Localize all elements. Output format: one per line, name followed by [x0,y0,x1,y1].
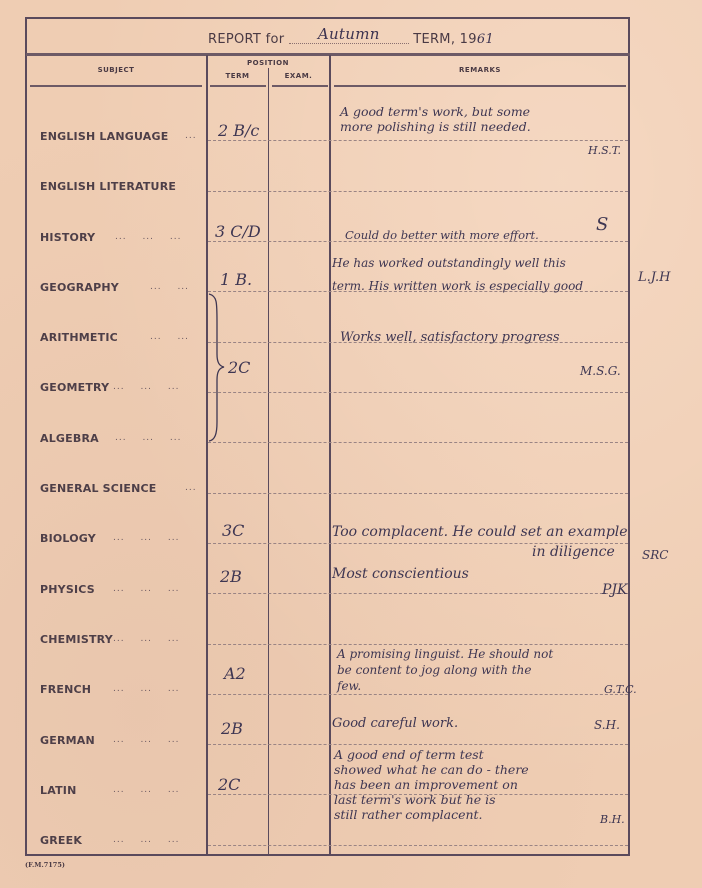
leader-dots: ... ... ... [113,684,179,694]
signature-french: G.T.C. [604,683,637,696]
term-name-handwritten: Autumn [289,25,409,44]
column-divider-term [268,68,269,856]
leader-dots: ... ... [150,282,189,292]
title-divider [26,53,630,56]
leader-dots: ... ... ... [115,232,181,242]
position-english-language: 2 B/c [218,121,259,140]
subject-german: GERMAN [40,734,95,747]
remark-physics: Most conscientious [332,567,469,582]
subject-algebra: ALGEBRA [40,432,99,445]
signature-mathematics: M.S.G. [580,364,621,378]
leader-dots: ... ... ... [113,584,179,594]
signature-english-language: H.S.T. [588,144,621,157]
leader-dots: ... [185,483,197,493]
subject-geography: GEOGRAPHY [40,281,119,294]
position-history: 3 C/D [215,222,261,241]
position-french: A2 [224,664,246,683]
position-mathematics-group: 2C [228,358,250,377]
subject-english-literature: ENGLISH LITERATURE [40,180,176,193]
title-suffix: TERM, 19 [413,32,477,47]
position-latin: 2C [218,775,240,794]
form-code: (F.M.7175) [25,861,65,869]
subject-latin: LATIN [40,784,76,797]
report-card: REPORT for Autumn TERM, 1961 SUBJECT POS… [0,0,702,888]
remark-german: Good careful work. [332,716,458,731]
leader-dots: ... ... ... [113,785,179,795]
column-header-exam: EXAM. [268,72,329,80]
leader-dots: ... ... ... [115,433,181,443]
header-divider-term [210,85,266,87]
leader-dots: ... ... ... [113,735,179,745]
title-prefix: REPORT for [208,32,284,47]
subject-history: HISTORY [40,231,95,244]
report-title: REPORT for Autumn TERM, 1961 [0,29,702,48]
remark-english-language: A good term's work, but some more polish… [340,104,531,134]
subject-french: FRENCH [40,683,91,696]
remark-history: Could do better with more effort. [345,228,539,243]
leader-dots: ... ... [150,332,189,342]
subject-greek: GREEK [40,834,82,847]
column-divider-subject [206,55,208,856]
signature-latin: B.H. [600,813,625,826]
remark-biology: Too complacent. He could set an example … [332,522,628,562]
remark-mathematics: Works well, satisfactory progress [340,330,560,345]
position-biology: 3C [222,521,244,540]
remark-latin: A good end of term test showed what he c… [334,747,529,822]
signature-history: S [596,214,608,235]
remark-french: A promising linguist. He should not be c… [337,646,553,694]
subject-arithmetic: ARITHMETIC [40,331,118,344]
subject-english-language: ENGLISH LANGUAGE [40,130,168,143]
header-divider-exam [272,85,328,87]
signature-geography: L.J.H [638,270,670,285]
header-divider-subject [30,85,202,87]
column-header-term: TERM [207,72,268,80]
leader-dots: ... ... ... [113,382,179,392]
position-german: 2B [221,719,243,738]
year-handwritten: 61 [477,32,494,47]
leader-dots: ... ... ... [113,533,179,543]
signature-biology: SRC [642,548,668,562]
brace-icon [207,292,225,442]
subject-chemistry: CHEMISTRY [40,633,113,646]
column-header-subject: SUBJECT [26,66,206,74]
subject-general-science: GENERAL SCIENCE [40,482,156,495]
position-physics: 2B [220,567,242,586]
leader-dots: ... ... ... [113,835,179,845]
header-divider-remarks [334,85,626,87]
column-header-remarks: REMARKS [330,66,630,74]
signature-physics: PJK [602,582,628,598]
remark-geography: He has worked outstandingly well this te… [332,252,583,298]
leader-dots: ... ... ... [113,634,179,644]
position-geography: 1 B. [220,270,252,289]
column-header-position: POSITION [207,59,329,67]
subject-geometry: GEOMETRY [40,381,109,394]
column-divider-remarks [329,55,331,856]
leader-dots: ... [185,131,197,141]
signature-german: S.H. [594,718,620,732]
subject-biology: BIOLOGY [40,532,96,545]
subject-physics: PHYSICS [40,583,95,596]
